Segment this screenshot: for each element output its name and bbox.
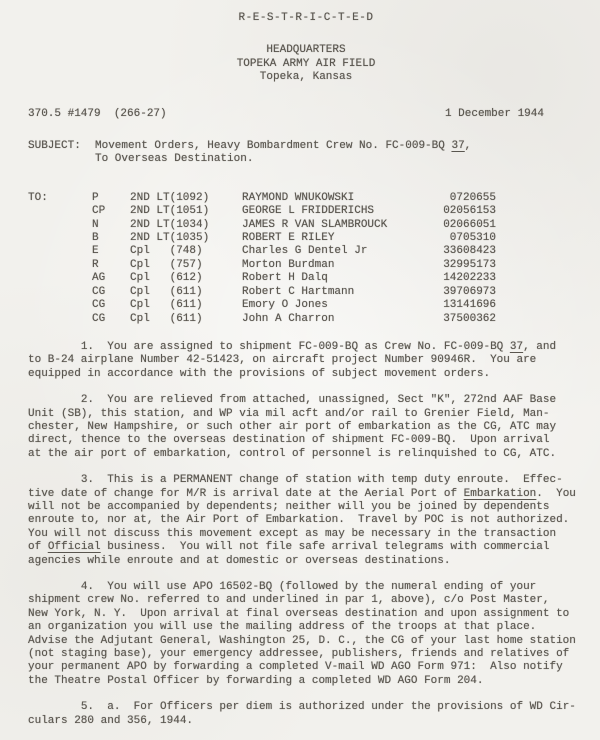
crew-name: Morton Burdman: [242, 259, 418, 272]
crew-name: Emory O Jones: [242, 299, 418, 312]
hq-line-field-name: TOPEKA ARMY AIR FIELD: [28, 58, 584, 71]
crew-position: N: [92, 219, 130, 232]
headquarters-block: HEADQUARTERS TOPEKA ARMY AIR FIELD Topek…: [28, 44, 584, 84]
crew-name: JAMES R VAN SLAMBROUCK: [242, 219, 418, 232]
paragraph-3: 3. This is a PERMANENT change of station…: [28, 474, 584, 568]
roster-row: CP 2ND LT(1051) GEORGE L FRIDDERICHS 020…: [92, 205, 584, 218]
document-page: R-E-S-T-R-I-C-T-E-D HEADQUARTERS TOPEKA …: [0, 0, 600, 740]
crew-position: R: [92, 259, 130, 272]
crew-name: ROBERT E RILEY: [242, 232, 418, 245]
crew-position: CP: [92, 205, 130, 218]
crew-serial: 02056153: [418, 205, 496, 218]
crew-serial: 37500362: [418, 313, 496, 326]
roster-row: B 2ND LT(1035) ROBERT E RILEY 0705310: [92, 232, 584, 245]
crew-rank: Cpl (611): [130, 299, 242, 312]
crew-name: John A Charron: [242, 313, 418, 326]
file-reference: 370.5 #1479 (266-27): [28, 108, 167, 121]
roster-row: N 2ND LT(1034) JAMES R VAN SLAMBROUCK 02…: [92, 219, 584, 232]
crew-name: Robert C Hartmann: [242, 286, 418, 299]
reference-date-row: 370.5 #1479 (266-27) 1 December 1944: [28, 108, 584, 121]
roster-row: AG Cpl (612) Robert H Dalq 14202233: [92, 272, 584, 285]
paragraph-2: 2. You are relieved from attached, unass…: [28, 394, 584, 461]
crew-name: Robert H Dalq: [242, 272, 418, 285]
crew-rank: 2ND LT(1035): [130, 232, 242, 245]
subject-row: SUBJECT: Movement Orders, Heavy Bombardm…: [28, 140, 584, 167]
crew-serial: 32995173: [418, 259, 496, 272]
crew-rank: 2ND LT(1034): [130, 219, 242, 232]
roster-row: P 2ND LT(1092) RAYMOND WNUKOWSKI 0720655: [92, 192, 584, 205]
roster-row: CG Cpl (611) Emory O Jones 13141696: [92, 299, 584, 312]
crew-name: GEORGE L FRIDDERICHS: [242, 205, 418, 218]
subject-text: Movement Orders, Heavy Bombardment Crew …: [95, 140, 471, 167]
crew-rank: Cpl (748): [130, 245, 242, 258]
crew-serial: 0705310: [418, 232, 496, 245]
crew-rank: Cpl (757): [130, 259, 242, 272]
crew-position: P: [92, 192, 130, 205]
to-label: TO:: [28, 192, 92, 326]
hq-line-location: Topeka, Kansas: [28, 71, 584, 84]
crew-position: B: [92, 232, 130, 245]
classification-banner: R-E-S-T-R-I-C-T-E-D: [28, 12, 584, 25]
to-row: TO: P 2ND LT(1092) RAYMOND WNUKOWSKI 072…: [28, 192, 584, 326]
crew-rank: Cpl (611): [130, 313, 242, 326]
crew-roster: P 2ND LT(1092) RAYMOND WNUKOWSKI 0720655…: [92, 192, 584, 326]
crew-position: AG: [92, 272, 130, 285]
crew-serial: 39706973: [418, 286, 496, 299]
crew-serial: 13141696: [418, 299, 496, 312]
roster-row: E Cpl (748) Charles G Dentel Jr 33608423: [92, 245, 584, 258]
paragraph-5: 5. a. For Officers per diem is authorize…: [28, 701, 584, 728]
crew-position: CG: [92, 299, 130, 312]
document-date: 1 December 1944: [445, 108, 544, 121]
subject-label: SUBJECT:: [28, 140, 95, 167]
crew-position: E: [92, 245, 130, 258]
crew-serial: 0720655: [418, 192, 496, 205]
paragraph-1: 1. You are assigned to shipment FC-009-B…: [28, 341, 584, 381]
crew-name: RAYMOND WNUKOWSKI: [242, 192, 418, 205]
roster-row: CG Cpl (611) John A Charron 37500362: [92, 313, 584, 326]
crew-serial: 02066051: [418, 219, 496, 232]
crew-position: CG: [92, 313, 130, 326]
crew-name: Charles G Dentel Jr: [242, 245, 418, 258]
crew-rank: 2ND LT(1092): [130, 192, 242, 205]
roster-row: CG Cpl (611) Robert C Hartmann 39706973: [92, 286, 584, 299]
hq-line-headquarters: HEADQUARTERS: [28, 44, 584, 57]
crew-position: CG: [92, 286, 130, 299]
crew-rank: Cpl (612): [130, 272, 242, 285]
crew-serial: 33608423: [418, 245, 496, 258]
crew-rank: 2ND LT(1051): [130, 205, 242, 218]
crew-rank: Cpl (611): [130, 286, 242, 299]
crew-serial: 14202233: [418, 272, 496, 285]
roster-row: R Cpl (757) Morton Burdman 32995173: [92, 259, 584, 272]
paragraph-4: 4. You will use APO 16502-BQ (followed b…: [28, 581, 584, 688]
